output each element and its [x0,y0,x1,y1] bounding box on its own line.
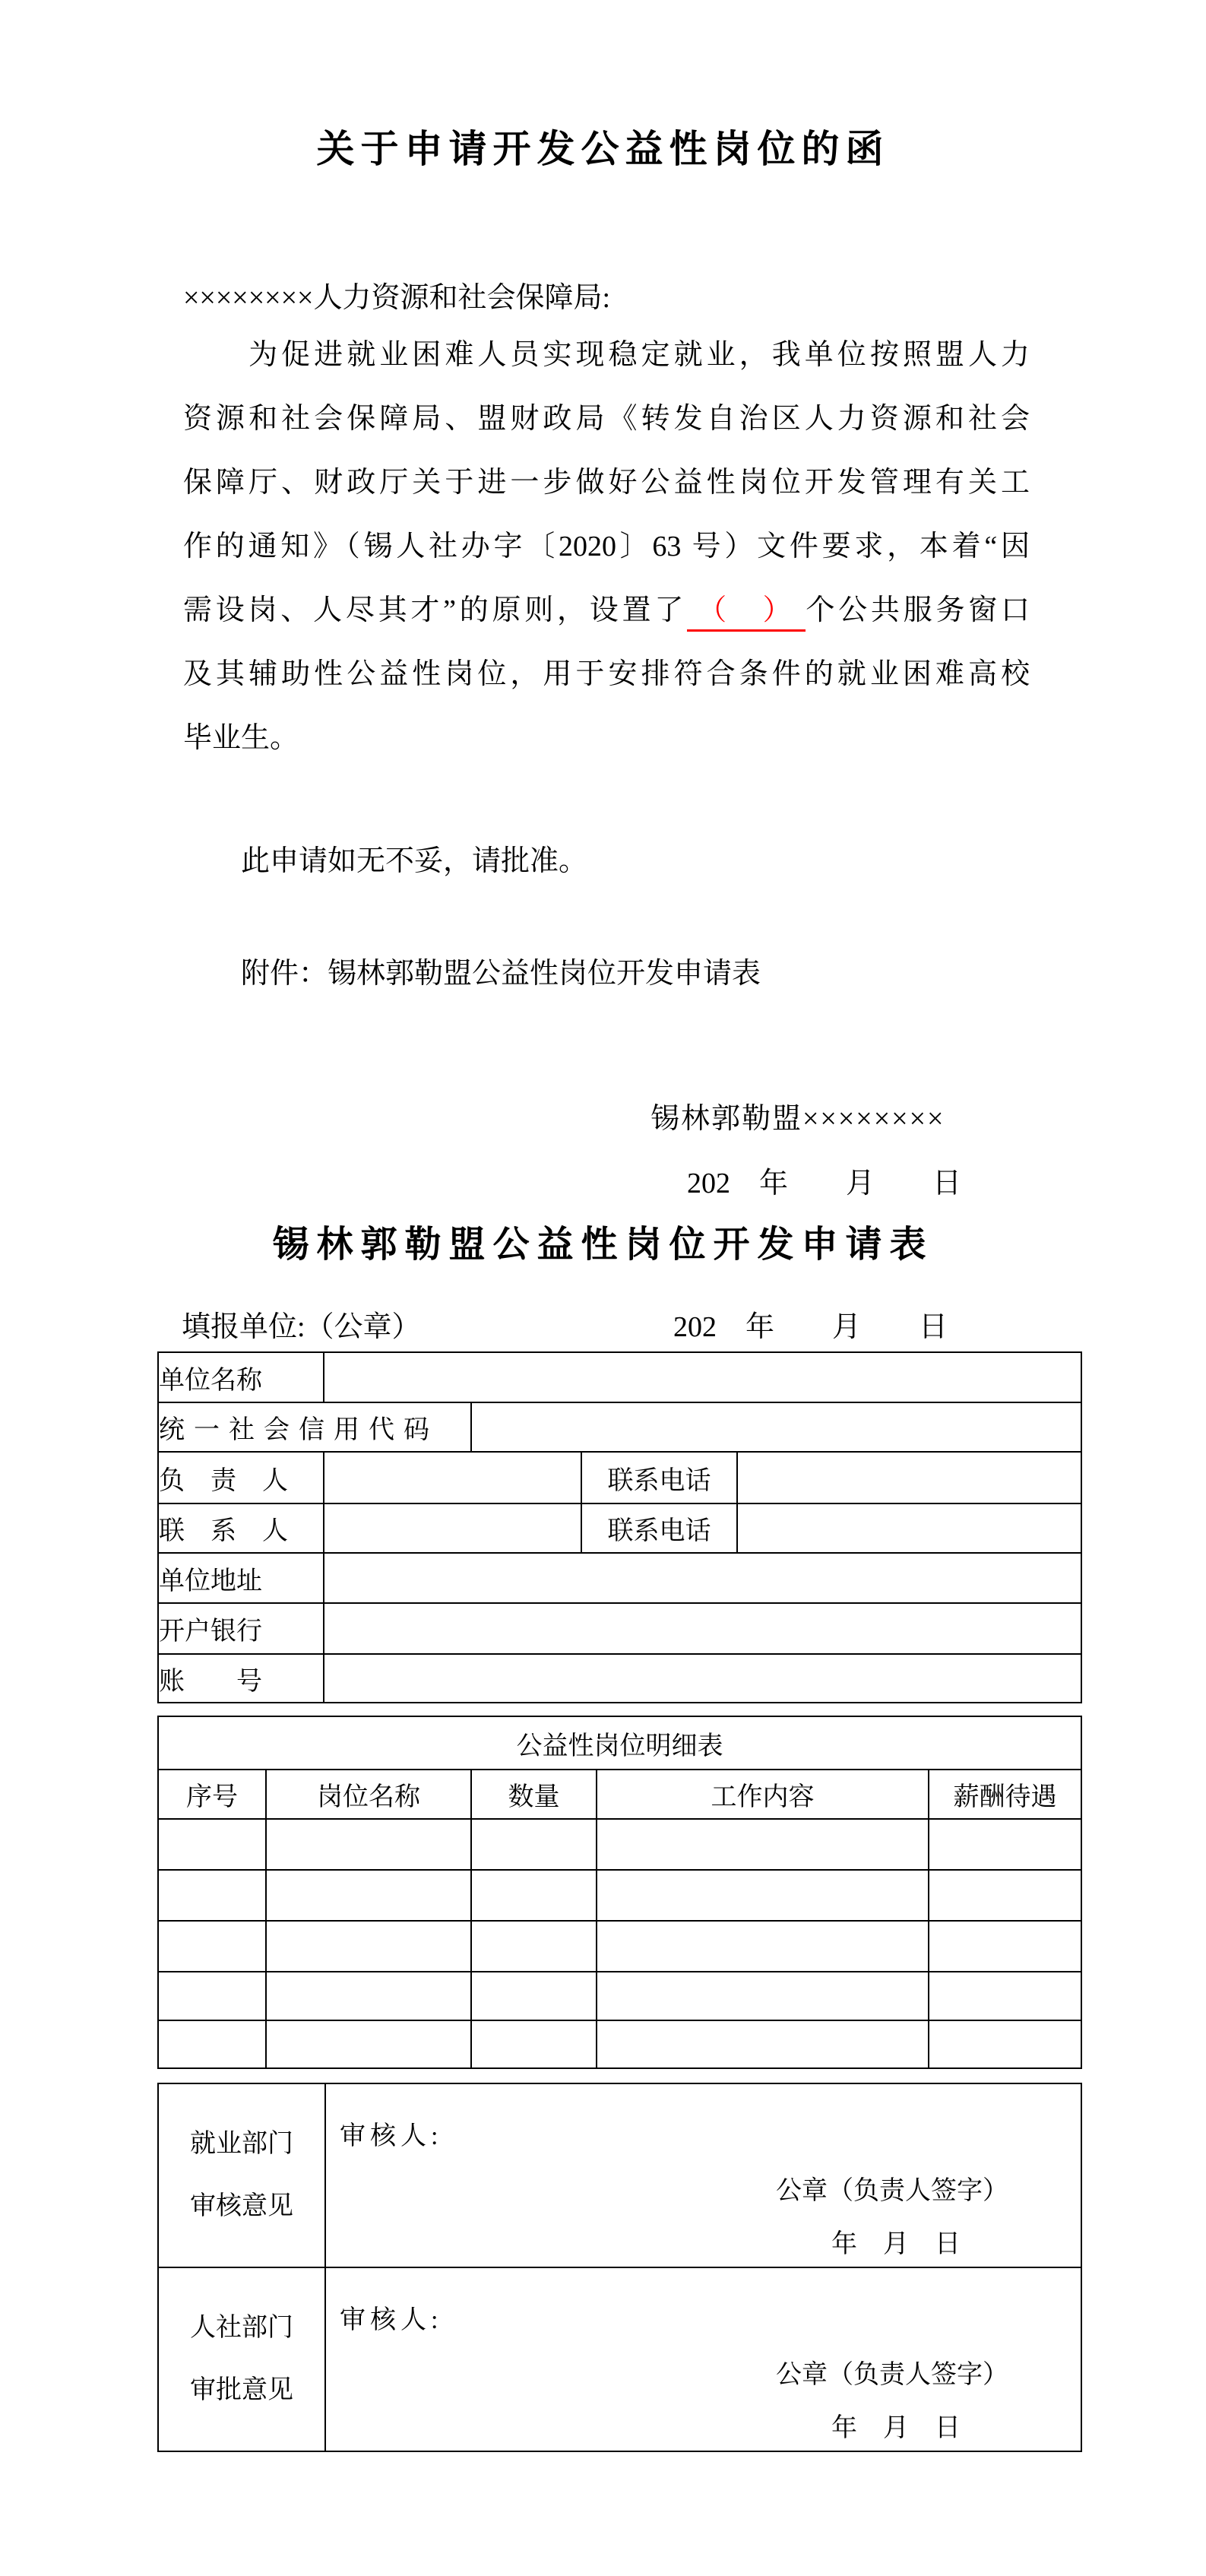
detail-row-4 [158,1972,1081,2020]
signature-unit: 锡林郭勒盟×××××××× [650,1095,945,1136]
body-line-5-post: 个公共服务窗口 [806,594,1030,626]
principal-value-cell[interactable] [324,1452,581,1503]
detail-cell[interactable] [597,1921,929,1972]
document-page: { "page": { "background": "#ffffff", "te… [0,0,1206,2576]
letter-salutation: ××××××××人力资源和社会保障局: [183,274,610,315]
bank-label: 开户银行 [158,1603,324,1654]
account-row: 账 号 [158,1654,1081,1703]
bank-value-cell[interactable] [324,1603,1081,1654]
header-position-name: 岗位名称 [266,1770,471,1819]
detail-cell[interactable] [158,1870,266,1921]
position-detail-table: 公益性岗位明细表 序号 岗位名称 数量 工作内容 薪酬待遇 [157,1716,1082,2069]
letter-body: 为促进就业困难人员实现稳定就业，我单位按照盟人力 资源和社会保障局、盟财政局《转… [183,323,1030,770]
credit-code-label: 统一社会信用代码 [158,1402,471,1452]
detail-cell[interactable] [929,1819,1081,1870]
detail-cell[interactable] [266,1870,471,1921]
contact-label: 联 系 人 [158,1503,324,1553]
hr-dept-label: 人社部门 审批意见 [158,2267,325,2451]
detail-cell[interactable] [158,1819,266,1870]
header-salary: 薪酬待遇 [929,1770,1081,1819]
contact-phone-label: 联系电话 [581,1503,737,1553]
reviewer-label: 审核人: [340,2115,442,2152]
approval-date: 年 月 日 [831,2406,961,2444]
detail-cell[interactable] [158,2020,266,2068]
detail-section-title: 公益性岗位明细表 [158,1716,1081,1770]
address-value-cell[interactable] [324,1553,1081,1603]
unit-name-row: 单位名称 [158,1352,1081,1402]
dept-label-line1: 就业部门 [159,2113,324,2175]
detail-cell[interactable] [266,1819,471,1870]
seal-signature-label: 公章（负责人签字） [776,2169,1008,2207]
contact-phone-value-cell[interactable] [737,1503,1081,1553]
form-fill-date: 202 年 月 日 [673,1303,948,1345]
fill-in-blank[interactable]: （ ） [687,594,806,632]
detail-cell[interactable] [471,1921,597,1972]
address-row: 单位地址 [158,1553,1081,1603]
detail-cell[interactable] [597,1870,929,1921]
detail-cell[interactable] [266,1972,471,2020]
principal-phone-value-cell[interactable] [737,1452,1081,1503]
principal-row: 负 责 人 联系电话 [158,1452,1081,1503]
detail-cell[interactable] [929,2020,1081,2068]
seal-signature-label: 公章（负责人签字） [776,2353,1008,2391]
attachment-line: 附件：锡林郭勒盟公益性岗位开发申请表 [183,949,761,991]
employment-dept-row: 就业部门 审核意见 审核人: 公章（负责人签字） 年 月 日 [158,2083,1081,2267]
detail-cell[interactable] [471,1819,597,1870]
detail-row-5 [158,2020,1081,2068]
detail-cell[interactable] [471,1972,597,2020]
employment-dept-label: 就业部门 审核意见 [158,2083,325,2267]
account-value-cell[interactable] [324,1654,1081,1703]
detail-cell[interactable] [597,2020,929,2068]
credit-code-row: 统一社会信用代码 [158,1402,1081,1452]
address-label: 单位地址 [158,1553,324,1603]
detail-cell[interactable] [597,1819,929,1870]
unit-name-label: 单位名称 [158,1352,324,1402]
body-line-6: 及其辅助性公益性岗位，用于安排符合条件的就业困难高校 [183,642,1030,706]
header-seq: 序号 [158,1770,266,1819]
employment-dept-opinion-cell[interactable]: 审核人: 公章（负责人签字） 年 月 日 [325,2083,1081,2267]
approval-date: 年 月 日 [831,2223,961,2260]
dept-label-line2: 审批意见 [159,2359,324,2422]
detail-cell[interactable] [266,1921,471,1972]
body-line-3: 保障厅、财政厅关于进一步做好公益性岗位开发管理有关工 [183,451,1030,515]
body-line-2: 资源和社会保障局、盟财政局《转发自治区人力资源和社会 [183,387,1030,451]
detail-cell[interactable] [266,2020,471,2068]
detail-section-title-row: 公益性岗位明细表 [158,1716,1081,1770]
principal-label: 负 责 人 [158,1452,324,1503]
body-line-4: 作的通知》（锡人社办字〔2020〕63 号）文件要求，本着“因 [183,515,1030,578]
body-line-5: 需设岗、人尽其才”的原则，设置了（ ）个公共服务窗口 [183,578,1030,642]
dept-label-line1: 人社部门 [159,2297,324,2359]
letter-closing: 此申请如无不妥，请批准。 [183,837,587,879]
credit-code-value-cell[interactable] [471,1402,1081,1452]
reviewer-label: 审核人: [340,2299,442,2336]
hr-dept-opinion-cell[interactable]: 审核人: 公章（负责人签字） 年 月 日 [325,2267,1081,2451]
body-line-5-pre: 需设岗、人尽其才”的原则，设置了 [183,594,687,626]
unit-name-value-cell[interactable] [324,1352,1081,1402]
detail-row-3 [158,1921,1081,1972]
account-label: 账 号 [158,1654,324,1703]
letter-date: 202 年 月 日 [687,1159,961,1201]
detail-cell[interactable] [597,1972,929,2020]
detail-cell[interactable] [929,1921,1081,1972]
detail-cell[interactable] [929,1972,1081,2020]
detail-row-1 [158,1819,1081,1870]
body-line-7: 毕业生。 [183,706,1030,770]
contact-row: 联 系 人 联系电话 [158,1503,1081,1553]
detail-cell[interactable] [929,1870,1081,1921]
header-work-content: 工作内容 [597,1770,929,1819]
detail-cell[interactable] [471,2020,597,2068]
detail-cell[interactable] [158,1921,266,1972]
form-title: 锡林郭勒盟公益性岗位开发申请表 [0,1215,1206,1267]
letter-title: 关于申请开发公益性岗位的函 [0,119,1206,173]
principal-phone-label: 联系电话 [581,1452,737,1503]
hr-dept-row: 人社部门 审批意见 审核人: 公章（负责人签字） 年 月 日 [158,2267,1081,2451]
unit-info-table: 单位名称 统一社会信用代码 负 责 人 联系电话 联 系 人 联系电话 单位地址… [157,1351,1082,1703]
contact-value-cell[interactable] [324,1503,581,1553]
detail-row-2 [158,1870,1081,1921]
header-quantity: 数量 [471,1770,597,1819]
approval-table: 就业部门 审核意见 审核人: 公章（负责人签字） 年 月 日 人社部门 审批意见… [157,2083,1082,2452]
bank-row: 开户银行 [158,1603,1081,1654]
detail-header-row: 序号 岗位名称 数量 工作内容 薪酬待遇 [158,1770,1081,1819]
body-line-1: 为促进就业困难人员实现稳定就业，我单位按照盟人力 [183,323,1030,387]
detail-cell[interactable] [471,1870,597,1921]
fill-unit-label: 填报单位:（公章） [182,1303,421,1345]
detail-cell[interactable] [158,1972,266,2020]
dept-label-line2: 审核意见 [159,2175,324,2238]
